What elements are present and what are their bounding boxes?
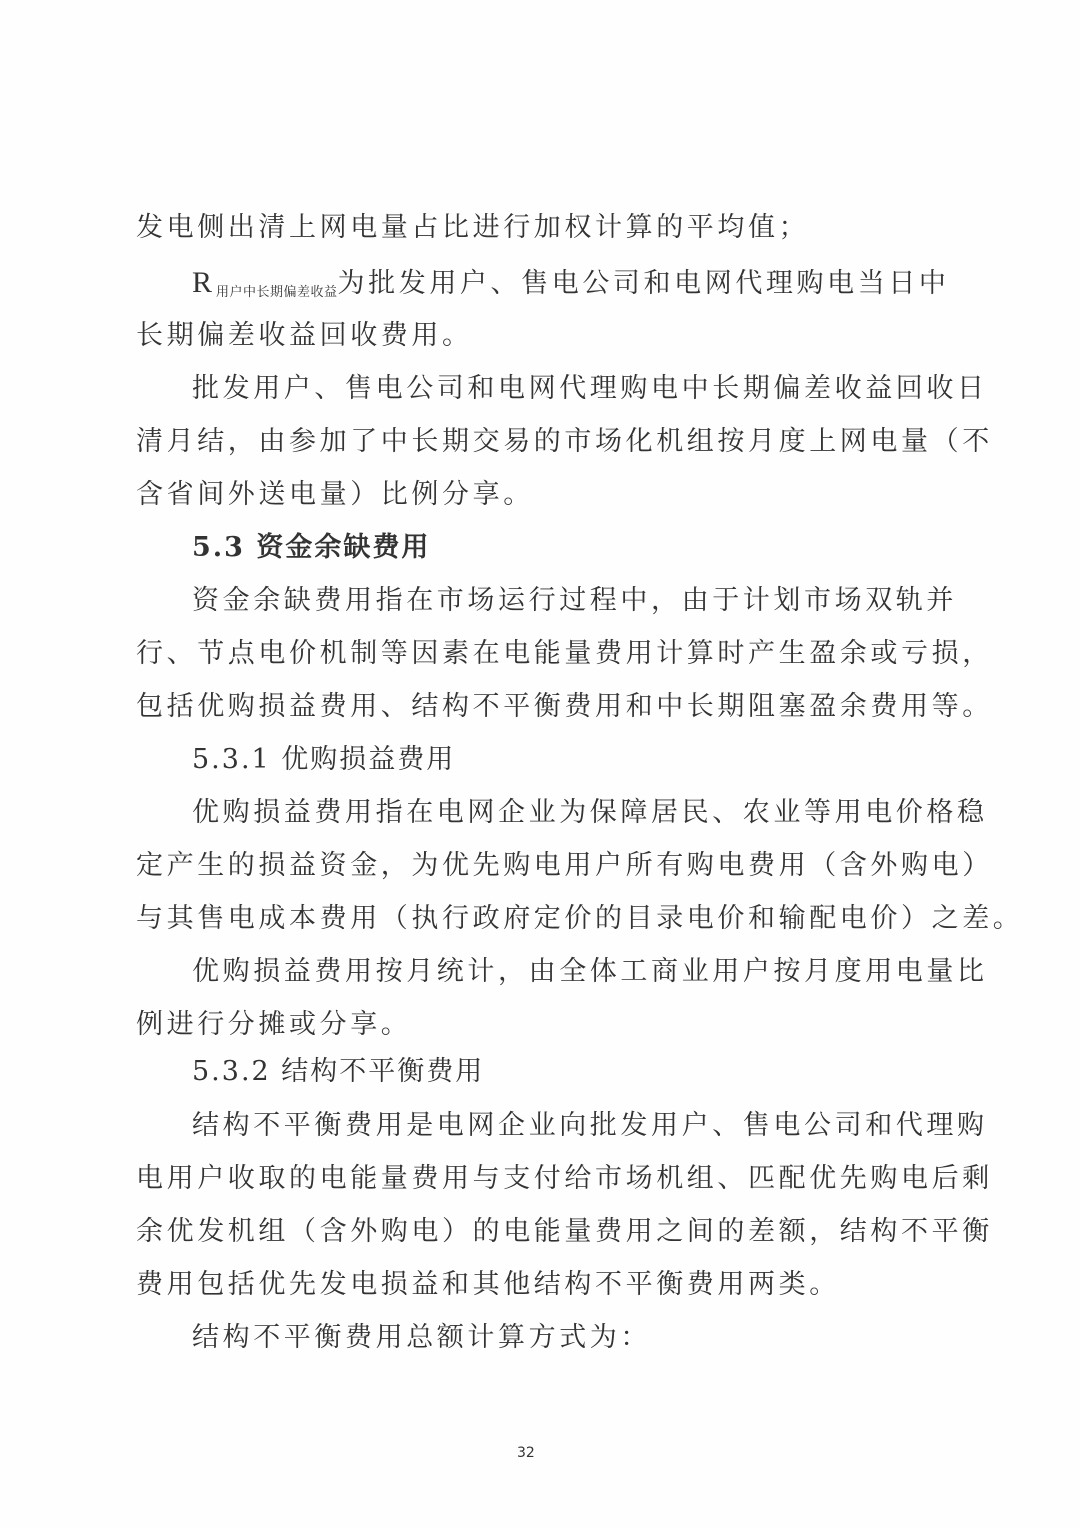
paragraph-line: 行、节点电价机制等因素在电能量费用计算时产生盈余或亏损， xyxy=(136,637,993,671)
paragraph-line: 包括优购损益费用、结构不平衡费用和中长期阻塞盈余费用等。 xyxy=(136,690,993,724)
paragraph-line: 清月结，由参加了中长期交易的市场化机组按月度上网电量（不 xyxy=(136,425,993,459)
paragraph-line: 长期偏差收益回收费用。 xyxy=(136,319,473,353)
paragraph-line: 优购损益费用按月统计，由全体工商业用户按月度用电量比 xyxy=(192,955,988,989)
section-heading-5-3-2: 5.3.2 结构不平衡费用 xyxy=(192,1055,484,1089)
formula-definition-text: 为批发用户、售电公司和电网代理购电当日中 xyxy=(338,268,950,299)
paragraph-line: 余优发机组（含外购电）的电能量费用之间的差额，结构不平衡 xyxy=(136,1215,993,1249)
paragraph-line: 定产生的损益资金，为优先购电用户所有购电费用（含外购电） xyxy=(136,849,993,883)
paragraph-line: 资金余缺费用指在市场运行过程中，由于计划市场双轨并 xyxy=(192,584,957,618)
document-page: 发电侧出清上网电量占比进行加权计算的平均值； R用户中长期偏差收益为批发用户、售… xyxy=(0,0,1080,1528)
paragraph-line: 例进行分摊或分享。 xyxy=(136,1008,411,1042)
paragraph-line: 费用包括优先发电损益和其他结构不平衡费用两类。 xyxy=(136,1268,840,1302)
formula-symbol: R xyxy=(192,266,212,299)
formula-subscript: 用户中长期偏差收益 xyxy=(216,285,338,300)
paragraph-line: 与其售电成本费用（执行政府定价的目录电价和输配电价）之差。 xyxy=(136,902,1023,936)
paragraph-line: 优购损益费用指在电网企业为保障居民、农业等用电价格稳 xyxy=(192,796,988,830)
paragraph-line: 发电侧出清上网电量占比进行加权计算的平均值； xyxy=(136,211,809,245)
paragraph-line: 电用户收取的电能量费用与支付给市场机组、匹配优先购电后剩 xyxy=(136,1162,993,1196)
formula-definition-line: R用户中长期偏差收益为批发用户、售电公司和电网代理购电当日中 xyxy=(192,266,950,310)
paragraph-line: 含省间外送电量）比例分享。 xyxy=(136,478,534,512)
section-heading-5-3: 5.3 资金余缺费用 xyxy=(192,531,430,565)
paragraph-line: 批发用户、售电公司和电网代理购电中长期偏差收益回收日 xyxy=(192,372,988,406)
section-heading-5-3-1: 5.3.1 优购损益费用 xyxy=(192,743,455,777)
paragraph-line: 结构不平衡费用总额计算方式为： xyxy=(192,1321,651,1355)
page-number: 32 xyxy=(517,1445,535,1461)
paragraph-line: 结构不平衡费用是电网企业向批发用户、售电公司和代理购 xyxy=(192,1109,988,1143)
